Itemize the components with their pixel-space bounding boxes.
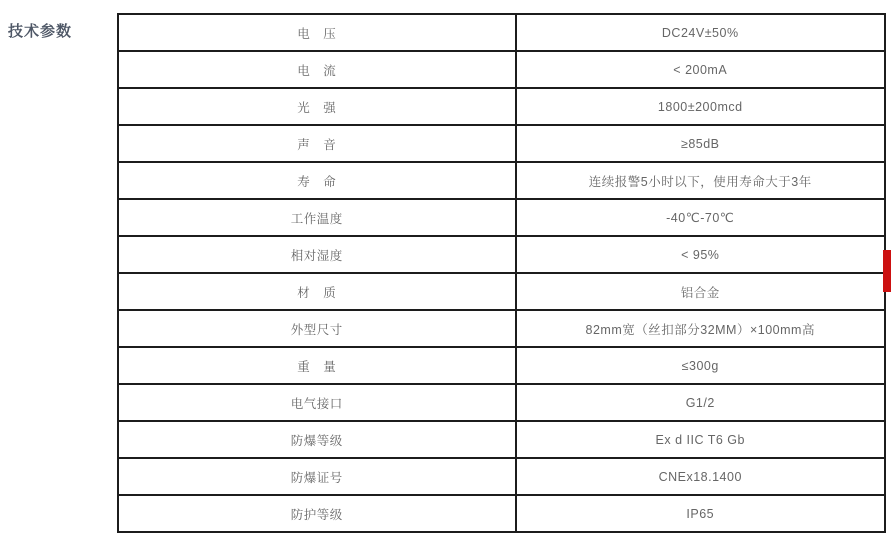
param-value: -40℃-70℃ xyxy=(516,199,886,236)
table-row: 声 音 ≥85dB xyxy=(118,125,885,162)
param-name: 电 流 xyxy=(118,51,516,88)
table-row: 工作温度 -40℃-70℃ xyxy=(118,199,885,236)
param-name: 防护等级 xyxy=(118,495,516,532)
table-row: 防护等级 IP65 xyxy=(118,495,885,532)
param-name: 电 压 xyxy=(118,14,516,51)
param-name: 相对湿度 xyxy=(118,236,516,273)
param-name: 防爆等级 xyxy=(118,421,516,458)
table-row: 外型尺寸 82mm宽（丝扣部分32MM）×100mm高 xyxy=(118,310,885,347)
page: 技术参数 电 压 DC24V±50% 电 流 < 200mA 光 强 1800±… xyxy=(0,0,891,542)
param-name: 光 强 xyxy=(118,88,516,125)
param-value: < 95% xyxy=(516,236,886,273)
param-value: 1800±200mcd xyxy=(516,88,886,125)
spec-table: 电 压 DC24V±50% 电 流 < 200mA 光 强 1800±200mc… xyxy=(117,13,886,533)
param-name: 寿 命 xyxy=(118,162,516,199)
param-name: 电气接口 xyxy=(118,384,516,421)
table-row: 寿 命 连续报警5小时以下，使用寿命大于3年 xyxy=(118,162,885,199)
param-value: ≥85dB xyxy=(516,125,886,162)
table-row: 防爆等级 Ex d IIC T6 Gb xyxy=(118,421,885,458)
param-value: G1/2 xyxy=(516,384,886,421)
table-row: 重 量 ≤300g xyxy=(118,347,885,384)
table-row: 电 流 < 200mA xyxy=(118,51,885,88)
param-name: 声 音 xyxy=(118,125,516,162)
param-name: 防爆证号 xyxy=(118,458,516,495)
table-row: 电气接口 G1/2 xyxy=(118,384,885,421)
param-value: < 200mA xyxy=(516,51,886,88)
param-value: IP65 xyxy=(516,495,886,532)
param-value: CNEx18.1400 xyxy=(516,458,886,495)
section-heading: 技术参数 xyxy=(8,20,72,41)
param-value: 连续报警5小时以下，使用寿命大于3年 xyxy=(516,162,886,199)
table-row: 相对湿度 < 95% xyxy=(118,236,885,273)
param-name: 工作温度 xyxy=(118,199,516,236)
param-name: 外型尺寸 xyxy=(118,310,516,347)
scrollbar-thumb[interactable] xyxy=(883,250,891,292)
table-row: 电 压 DC24V±50% xyxy=(118,14,885,51)
param-value: Ex d IIC T6 Gb xyxy=(516,421,886,458)
param-value: 82mm宽（丝扣部分32MM）×100mm高 xyxy=(516,310,886,347)
param-value: DC24V±50% xyxy=(516,14,886,51)
param-name: 材 质 xyxy=(118,273,516,310)
param-value: 铝合金 xyxy=(516,273,886,310)
table-row: 防爆证号 CNEx18.1400 xyxy=(118,458,885,495)
table-row: 材 质 铝合金 xyxy=(118,273,885,310)
param-value: ≤300g xyxy=(516,347,886,384)
table-row: 光 强 1800±200mcd xyxy=(118,88,885,125)
param-name: 重 量 xyxy=(118,347,516,384)
